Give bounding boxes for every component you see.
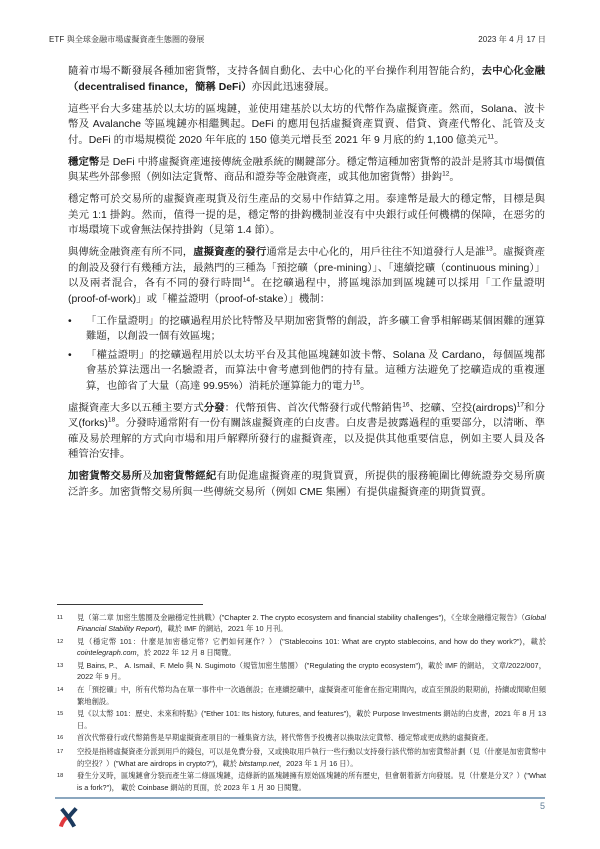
text-segment: 通常是去中心化的，用戶往往不知道發行人是誰 <box>266 247 485 258</box>
footnote-item: 11見（第二章 加密生態圈及金融穩定性挑戰）("Chapter 2. The c… <box>57 612 546 635</box>
body-paragraph-stablecoin-definition: 穩定幣是 DeFi 中將虛擬資產連接傳統金融系統的關鍵部分。穩定幣這種加密貨幣的… <box>68 155 545 186</box>
text-segment: 首次代幣發行或代幣銷售是早期虛擬資產項目的一種集資方法，將代幣售予投機者以換取法… <box>77 733 493 742</box>
text-segment: 見（穩定幣 101：什麼是加密穩定幣？它們如何運作？） ("Stablecoin… <box>77 637 546 646</box>
footnote-reference: 16 <box>402 401 409 408</box>
footnote-text: 見 Bains, P.、 A. Ismail、F. Melo 與 N. Sugi… <box>77 660 546 683</box>
footnote-number: 14 <box>57 684 77 707</box>
document-body: 隨着市場不斷發展各種加密貨幣，支持各個自動化、去中心化的平台操作利用智能合約，去… <box>68 64 545 507</box>
footnote-item: 12見（穩定幣 101：什麼是加密穩定幣？它們如何運作？） ("Stableco… <box>57 636 546 659</box>
footnote-text: 在「預挖礦」中，所有代幣均為在單一事件中一次過創設；在連續挖礦中，虛擬資產可能會… <box>77 684 546 707</box>
text-segment: 、挖礦、空投(airdrops) <box>410 403 517 414</box>
footnote-reference: 15 <box>353 379 360 386</box>
body-paragraph-stablecoin-settlement: 穩定幣可於交易所的虛擬資產現貨及衍生產品的交易中作結算之用。泰達幣是最大的穩定幣… <box>68 192 545 239</box>
text-segment: 亦因此迅速發展。 <box>252 82 335 93</box>
bullet-item-proof-of-stake: • 「權益證明」的挖礦過程用於以太坊平台及其他區塊鏈如波卡幣、Solana 及 … <box>68 348 545 395</box>
footnotes-section: 11見（第二章 加密生態圈及金融穩定性挑戰）("Chapter 2. The c… <box>57 604 546 794</box>
bullet-text: 「工作量證明」的挖礦過程用於比特幣及早期加密貨幣的創設，許多礦工會爭相解碼某個困… <box>86 314 545 345</box>
text-segment: 。 <box>360 381 370 392</box>
header-date: 2023 年 4 月 17 日 <box>478 34 546 45</box>
text-segment: 「權益證明」的挖礦過程用於以太坊平台及其他區塊鏈如波卡幣、Solana 及 Ca… <box>86 350 545 392</box>
page-header: ETF 與全球金融市場虛擬資產生態圈的發展 2023 年 4 月 17 日 <box>49 34 546 45</box>
footnote-item: 14在「預挖礦」中，所有代幣均為在單一事件中一次過創設；在連續挖礦中，虛擬資產可… <box>57 684 546 707</box>
text-segment: ，2023 年 1 月 16 日）。 <box>279 759 358 768</box>
footnote-item: 16首次代幣發行或代幣銷售是早期虛擬資產項目的一種集資方法，將代幣售予投機者以換… <box>57 732 546 744</box>
footnote-number: 11 <box>57 612 77 635</box>
body-paragraph-platforms: 這些平台大多建基於以太坊的區塊鏈，並使用建基於以太坊的代幣作為虛擬資產。然而，S… <box>68 102 545 149</box>
document-page: ETF 與全球金融市場虛擬資產生態圈的發展 2023 年 4 月 17 日 隨着… <box>0 0 600 849</box>
body-paragraph-distribution: 虛擬資產大多以五種主要方式分發：代幣預售、首次代幣發行或代幣銷售16、挖礦、空投… <box>68 401 545 463</box>
footnote-number: 12 <box>57 636 77 659</box>
footnote-number: 16 <box>57 732 77 744</box>
page-number: 5 <box>540 801 545 811</box>
text-segment: 。 <box>449 172 459 183</box>
text-segment: 與傳統金融資產有所不同， <box>68 247 193 258</box>
footnote-number: 18 <box>57 770 77 793</box>
body-paragraph-issuance: 與傳統金融資產有所不同，虛擬資產的發行通常是去中心化的，用戶往往不知道發行人是誰… <box>68 245 545 307</box>
footnote-item: 18發生分叉時，區塊鏈會分裂而產生第二條區塊鏈，這條新的區塊鏈擁有原始區塊鏈的所… <box>57 770 546 793</box>
text-segment: 。 <box>494 135 504 146</box>
text-segment: 見《以太幣 101：歷史、未來和特點》("Ether 101: Its hist… <box>77 709 546 729</box>
text-segment: 見 Bains, P.、 A. Ismail、F. Melo 與 N. Sugi… <box>77 661 546 681</box>
footnote-number: 15 <box>57 708 77 731</box>
text-segment: bitstamp.net <box>239 759 279 768</box>
text-segment: ：代幣預售、首次代幣發行或代幣銷售 <box>225 403 403 414</box>
text-segment: 及 <box>142 471 153 482</box>
text-segment: 穩定幣 <box>68 157 99 168</box>
text-segment: cointelegraph.com <box>77 648 137 657</box>
text-segment: 加密貨幣交易所 <box>68 471 142 482</box>
text-segment: 隨着市場不斷發展各種加密貨幣，支持各個自動化、去中心化的平台操作利用智能合約， <box>68 66 482 77</box>
footnotes-list: 11見（第二章 加密生態圈及金融穩定性挑戰）("Chapter 2. The c… <box>57 612 546 793</box>
text-segment: 「工作量證明」的挖礦過程用於比特幣及早期加密貨幣的創設，許多礦工會爭相解碼某個困… <box>86 316 545 343</box>
footnote-number: 13 <box>57 660 77 683</box>
footer-rule <box>55 797 545 799</box>
text-segment: 是 DeFi 中將虛擬資產連接傳統金融系統的關鍵部分。穩定幣這種加密貨幣的設計是… <box>68 157 545 184</box>
footnote-text: 見（穩定幣 101：什麼是加密穩定幣？它們如何運作？） ("Stablecoin… <box>77 636 546 659</box>
footnote-number: 17 <box>57 746 77 769</box>
footnote-item: 15見《以太幣 101：歷史、未來和特點》("Ether 101: Its hi… <box>57 708 546 731</box>
footnote-text: 見《以太幣 101：歷史、未來和特點》("Ether 101: Its hist… <box>77 708 546 731</box>
footnote-item: 13見 Bains, P.、 A. Ismail、F. Melo 與 N. Su… <box>57 660 546 683</box>
bullet-marker-icon: • <box>68 348 86 395</box>
text-segment: 穩定幣可於交易所的虛擬資產現貨及衍生產品的交易中作結算之用。泰達幣是最大的穩定幣… <box>68 194 545 236</box>
text-segment: 發生分叉時，區塊鏈會分裂而產生第二條區塊鏈，這條新的區塊鏈擁有原始區塊鏈的所有歷… <box>77 771 546 791</box>
footnote-text: 空投是指將虛擬資產分派到用戶的錢包，可以是免費分發，又或換取用戶執行一些行動以支… <box>77 746 546 769</box>
text-segment: 分發 <box>204 403 225 414</box>
text-segment: 虛擬資產的發行 <box>193 247 266 258</box>
text-segment: 虛擬資產大多以五種主要方式 <box>68 403 204 414</box>
footnote-reference: 17 <box>517 401 524 408</box>
text-segment: 。分發時通常附有一份有關該虛擬資產的白皮書。白皮書是披露過程的重要部分，以清晰、… <box>68 418 545 460</box>
text-segment: )，載於 IMF 的網站，2021 年 10 月刊。 <box>158 624 288 633</box>
body-paragraph-exchanges: 加密貨幣交易所及加密貨幣經紀有助促進虛擬資產的現貨買賣，所提供的服務範圍比傳統證… <box>68 469 545 500</box>
hkex-x-logo-icon <box>56 806 81 829</box>
footnote-text: 見（第二章 加密生態圈及金融穩定性挑戰）("Chapter 2. The cry… <box>77 612 546 635</box>
text-segment: 見（第二章 加密生態圈及金融穩定性挑戰）("Chapter 2. The cry… <box>77 613 525 622</box>
bullet-item-proof-of-work: • 「工作量證明」的挖礦過程用於比特幣及早期加密貨幣的創設，許多礦工會爭相解碼某… <box>68 314 545 345</box>
text-segment: 在「預挖礦」中，所有代幣均為在單一事件中一次過創設；在連續挖礦中，虛擬資產可能會… <box>77 685 546 705</box>
bullet-text: 「權益證明」的挖礦過程用於以太坊平台及其他區塊鏈如波卡幣、Solana 及 Ca… <box>86 348 545 395</box>
body-paragraph-defi-intro: 隨着市場不斷發展各種加密貨幣，支持各個自動化、去中心化的平台操作利用智能合約，去… <box>68 64 545 95</box>
footnote-text: 發生分叉時，區塊鏈會分裂而產生第二條區塊鏈，這條新的區塊鏈擁有原始區塊鏈的所有歷… <box>77 770 546 793</box>
text-segment: ，於 2022 年 12 月 8 日閱覽。 <box>137 648 236 657</box>
header-title: ETF 與全球金融市場虛擬資產生態圈的發展 <box>49 34 204 45</box>
text-segment: 這些平台大多建基於以太坊的區塊鏈，並使用建基於以太坊的代幣作為虛擬資產。然而，S… <box>68 104 545 146</box>
text-segment: 加密貨幣經紀 <box>153 471 217 482</box>
footnote-separator <box>57 604 203 605</box>
footnote-item: 17空投是指將虛擬資產分派到用戶的錢包，可以是免費分發，又或換取用戶執行一些行動… <box>57 746 546 769</box>
footnote-text: 首次代幣發行或代幣銷售是早期虛擬資產項目的一種集資方法，將代幣售予投機者以換取法… <box>77 732 546 744</box>
bullet-marker-icon: • <box>68 314 86 345</box>
footnote-reference: 13 <box>485 246 492 253</box>
footnote-reference: 14 <box>243 277 250 284</box>
